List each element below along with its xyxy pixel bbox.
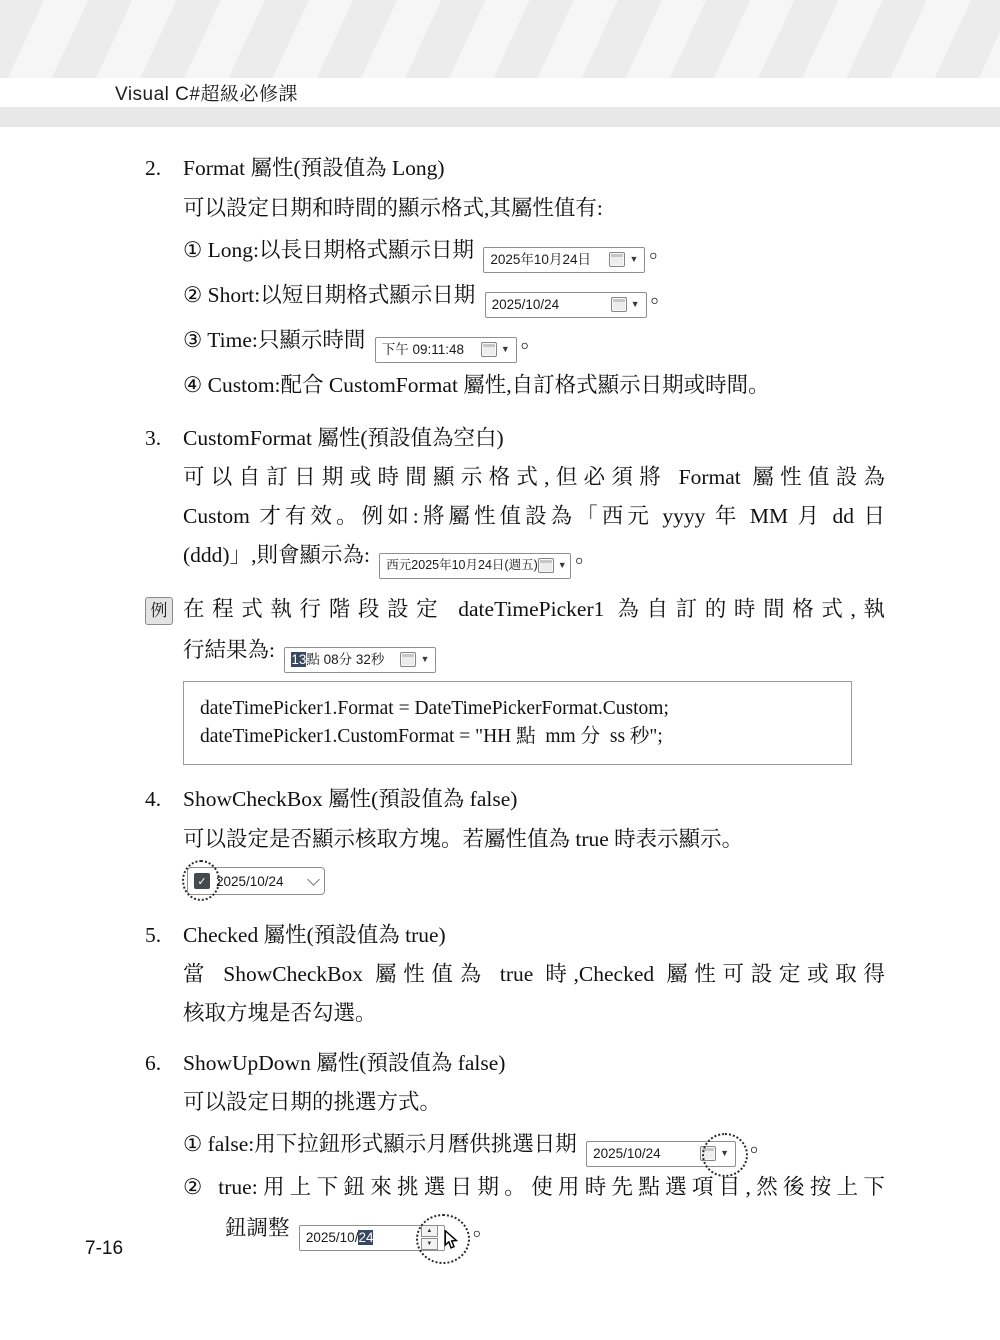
body-line: 可以自訂日期或時間顯示格式,但必須將 Format 屬性值設為 [183, 458, 885, 497]
datetimepicker-dropdown-mode[interactable]: 2025/10/24 ▼ [586, 1141, 736, 1167]
sub-item-false: ① false:用下拉鈕形式顯示月曆供挑選日期 2025/10/24 ▼ 。 [183, 1121, 885, 1167]
mouse-cursor-icon [442, 1230, 460, 1250]
sub-item-text: ③ Time:只顯示時間 [183, 328, 365, 352]
period: 。 [473, 1216, 495, 1240]
calendar-icon [400, 652, 416, 667]
picker-value: 下午 09:11:48 [382, 327, 481, 372]
picker-value: 2025/10/24 [216, 874, 299, 889]
list-item-showcheckbox: 4. ShowCheckBox 屬性(預設值為 false) 可以設定是否顯示核… [145, 779, 885, 899]
header-title-band: Visual C#超級必修課 [0, 78, 1000, 107]
calendar-icon [609, 252, 625, 267]
example-line: 行結果為: 13點 08分 32秒 ▼ [183, 629, 885, 673]
selected-segment: 13 [291, 652, 306, 667]
calendar-icon [611, 297, 627, 312]
body-line: Custom 才有效。例如:將屬性值設為「西元 yyyy 年 MM 月 dd 日 [183, 497, 885, 536]
example-text: 行結果為: [183, 638, 275, 662]
code-box: dateTimePicker1.Format = DateTimePickerF… [183, 681, 852, 765]
checkbox-icon[interactable]: ✓ [194, 873, 210, 889]
item-number: 2. [145, 148, 183, 408]
period: 。 [575, 543, 597, 567]
sub-item-text: ② Short:以短日期格式顯示日期 [183, 283, 475, 307]
example-badge: 例 [145, 597, 173, 625]
header-stripes-decoration [0, 0, 1000, 78]
period: 。 [651, 283, 673, 307]
body-text: (ddd)」,則會顯示為: [183, 543, 370, 567]
datetimepicker-with-checkbox[interactable]: ✓ 2025/10/24 [187, 867, 325, 895]
datetimepicker-short-format[interactable]: 2025/10/24 ▼ [485, 292, 647, 318]
widget-row: ✓ 2025/10/24 [183, 865, 885, 899]
item-title: ShowCheckBox 屬性(預設值為 false) [183, 779, 885, 819]
sub-item-long: ① Long:以長日期格式顯示日期 2025年10月24日 ▼ 。 [183, 228, 885, 273]
picker-value: 2025/10/24 [306, 1217, 413, 1259]
list-item-customformat: 3. CustomFormat 屬性(預設值為空白) 可以自訂日期或時間顯示格式… [145, 418, 885, 579]
spin-up-button[interactable]: ▲ [421, 1225, 438, 1237]
datetimepicker-time-format[interactable]: 下午 09:11:48 ▼ [375, 337, 517, 363]
dropdown-arrow-icon: ▼ [631, 300, 640, 309]
calendar-icon [481, 342, 497, 357]
calendar-icon [538, 558, 554, 573]
picker-value: 2025/10/24 [492, 282, 611, 327]
datetimepicker-updown-mode[interactable]: 2025/10/24 ▲ ▼ [299, 1225, 445, 1251]
period: 。 [649, 238, 671, 262]
item-title: Format 屬性(預設值為 Long) [183, 148, 885, 188]
book-title: Visual C#超級必修課 [115, 79, 298, 106]
spin-down-button[interactable]: ▼ [421, 1238, 438, 1250]
picker-value: 西元2025年10月24日(週五) [386, 546, 537, 585]
list-item-checked: 5. Checked 屬性(預設值為 true) 當 ShowCheckBox … [145, 915, 885, 1033]
period: 。 [750, 1132, 772, 1156]
picker-value: 2025/10/24 [593, 1131, 700, 1177]
picker-prefix: 2025/10/ [306, 1230, 359, 1245]
picker-value: 2025年10月24日 [490, 237, 609, 282]
example-block: 例 在程式執行階段設定 dateTimePicker1 為自訂的時間格式,執 行… [145, 589, 885, 765]
spinner-buttons: ▲ ▼ [421, 1225, 438, 1250]
body-line: 可以設定日期的挑選方式。 [183, 1083, 885, 1121]
item-title: ShowUpDown 屬性(預設值為 false) [183, 1043, 885, 1083]
list-item-format: 2. Format 屬性(預設值為 Long) 可以設定日期和時間的顯示格式,其… [145, 148, 885, 408]
dropdown-arrow-icon: ▼ [629, 255, 638, 264]
selected-segment: 24 [358, 1230, 373, 1245]
datetimepicker-long-format[interactable]: 2025年10月24日 ▼ [483, 247, 645, 273]
code-line-1: dateTimePicker1.Format = DateTimePickerF… [200, 695, 851, 723]
item-number: 3. [145, 418, 183, 579]
sub-item-true-line1: ② true:用上下鈕來挑選日期。使用時先點選項目,然後按上下 [183, 1167, 885, 1207]
body-line: 可以設定是否顯示核取方塊。若屬性值為 true 時表示顯示。 [183, 819, 885, 859]
dropdown-arrow-icon: ▼ [501, 345, 510, 354]
dropdown-arrow-icon: ▼ [420, 655, 429, 664]
example-line: 在程式執行階段設定 dateTimePicker1 為自訂的時間格式,執 [183, 589, 885, 629]
item-number: 5. [145, 915, 183, 1033]
period: 。 [521, 328, 543, 352]
item-title: Checked 屬性(預設值為 true) [183, 915, 885, 955]
list-item-showupdown: 6. ShowUpDown 屬性(預設值為 false) 可以設定日期的挑選方式… [145, 1043, 885, 1251]
header-divider-band [0, 107, 1000, 127]
datetimepicker-custom-time[interactable]: 13點 08分 32秒 ▼ [284, 647, 436, 673]
sub-item-true-line2: 鈕調整 2025/10/24 ▲ ▼ 。 [183, 1207, 885, 1251]
dropdown-arrow-icon: ▼ [558, 561, 567, 570]
item-number: 4. [145, 779, 183, 899]
body-line: (ddd)」,則會顯示為: 西元2025年10月24日(週五) ▼ 。 [183, 536, 885, 579]
item-intro: 可以設定日期和時間的顯示格式,其屬性值有: [183, 188, 885, 228]
sub-item-text: ① false:用下拉鈕形式顯示月曆供挑選日期 [183, 1132, 577, 1156]
code-line-2: dateTimePicker1.CustomFormat = "HH 點 mm … [200, 723, 851, 751]
chevron-down-icon [307, 873, 320, 886]
dropdown-arrow-icon: ▼ [720, 1149, 729, 1158]
calendar-icon [700, 1146, 716, 1161]
body-line: 核取方塊是否勾選。 [183, 994, 885, 1033]
sub-item-custom: ④ Custom:配合 CustomFormat 屬性,自訂格式顯示日期或時間。 [183, 363, 885, 408]
page-body: 2. Format 屬性(預設值為 Long) 可以設定日期和時間的顯示格式,其… [145, 148, 885, 1251]
picker-rest: 點 08分 32秒 [306, 652, 384, 667]
body-line: 當 ShowCheckBox 屬性值為 true 時,Checked 屬性可設定… [183, 955, 885, 994]
sub-item-text: 鈕調整 [225, 1216, 290, 1240]
book-page: Visual C#超級必修課 2. Format 屬性(預設值為 Long) 可… [0, 0, 1000, 1340]
sub-item-text: ① Long:以長日期格式顯示日期 [183, 238, 474, 262]
datetimepicker-customformat[interactable]: 西元2025年10月24日(週五) ▼ [379, 553, 571, 579]
item-title: CustomFormat 屬性(預設值為空白) [183, 418, 885, 458]
page-number: 7-16 [85, 1238, 123, 1260]
picker-value: 13點 08分 32秒 [291, 639, 400, 681]
item-number: 6. [145, 1043, 183, 1251]
